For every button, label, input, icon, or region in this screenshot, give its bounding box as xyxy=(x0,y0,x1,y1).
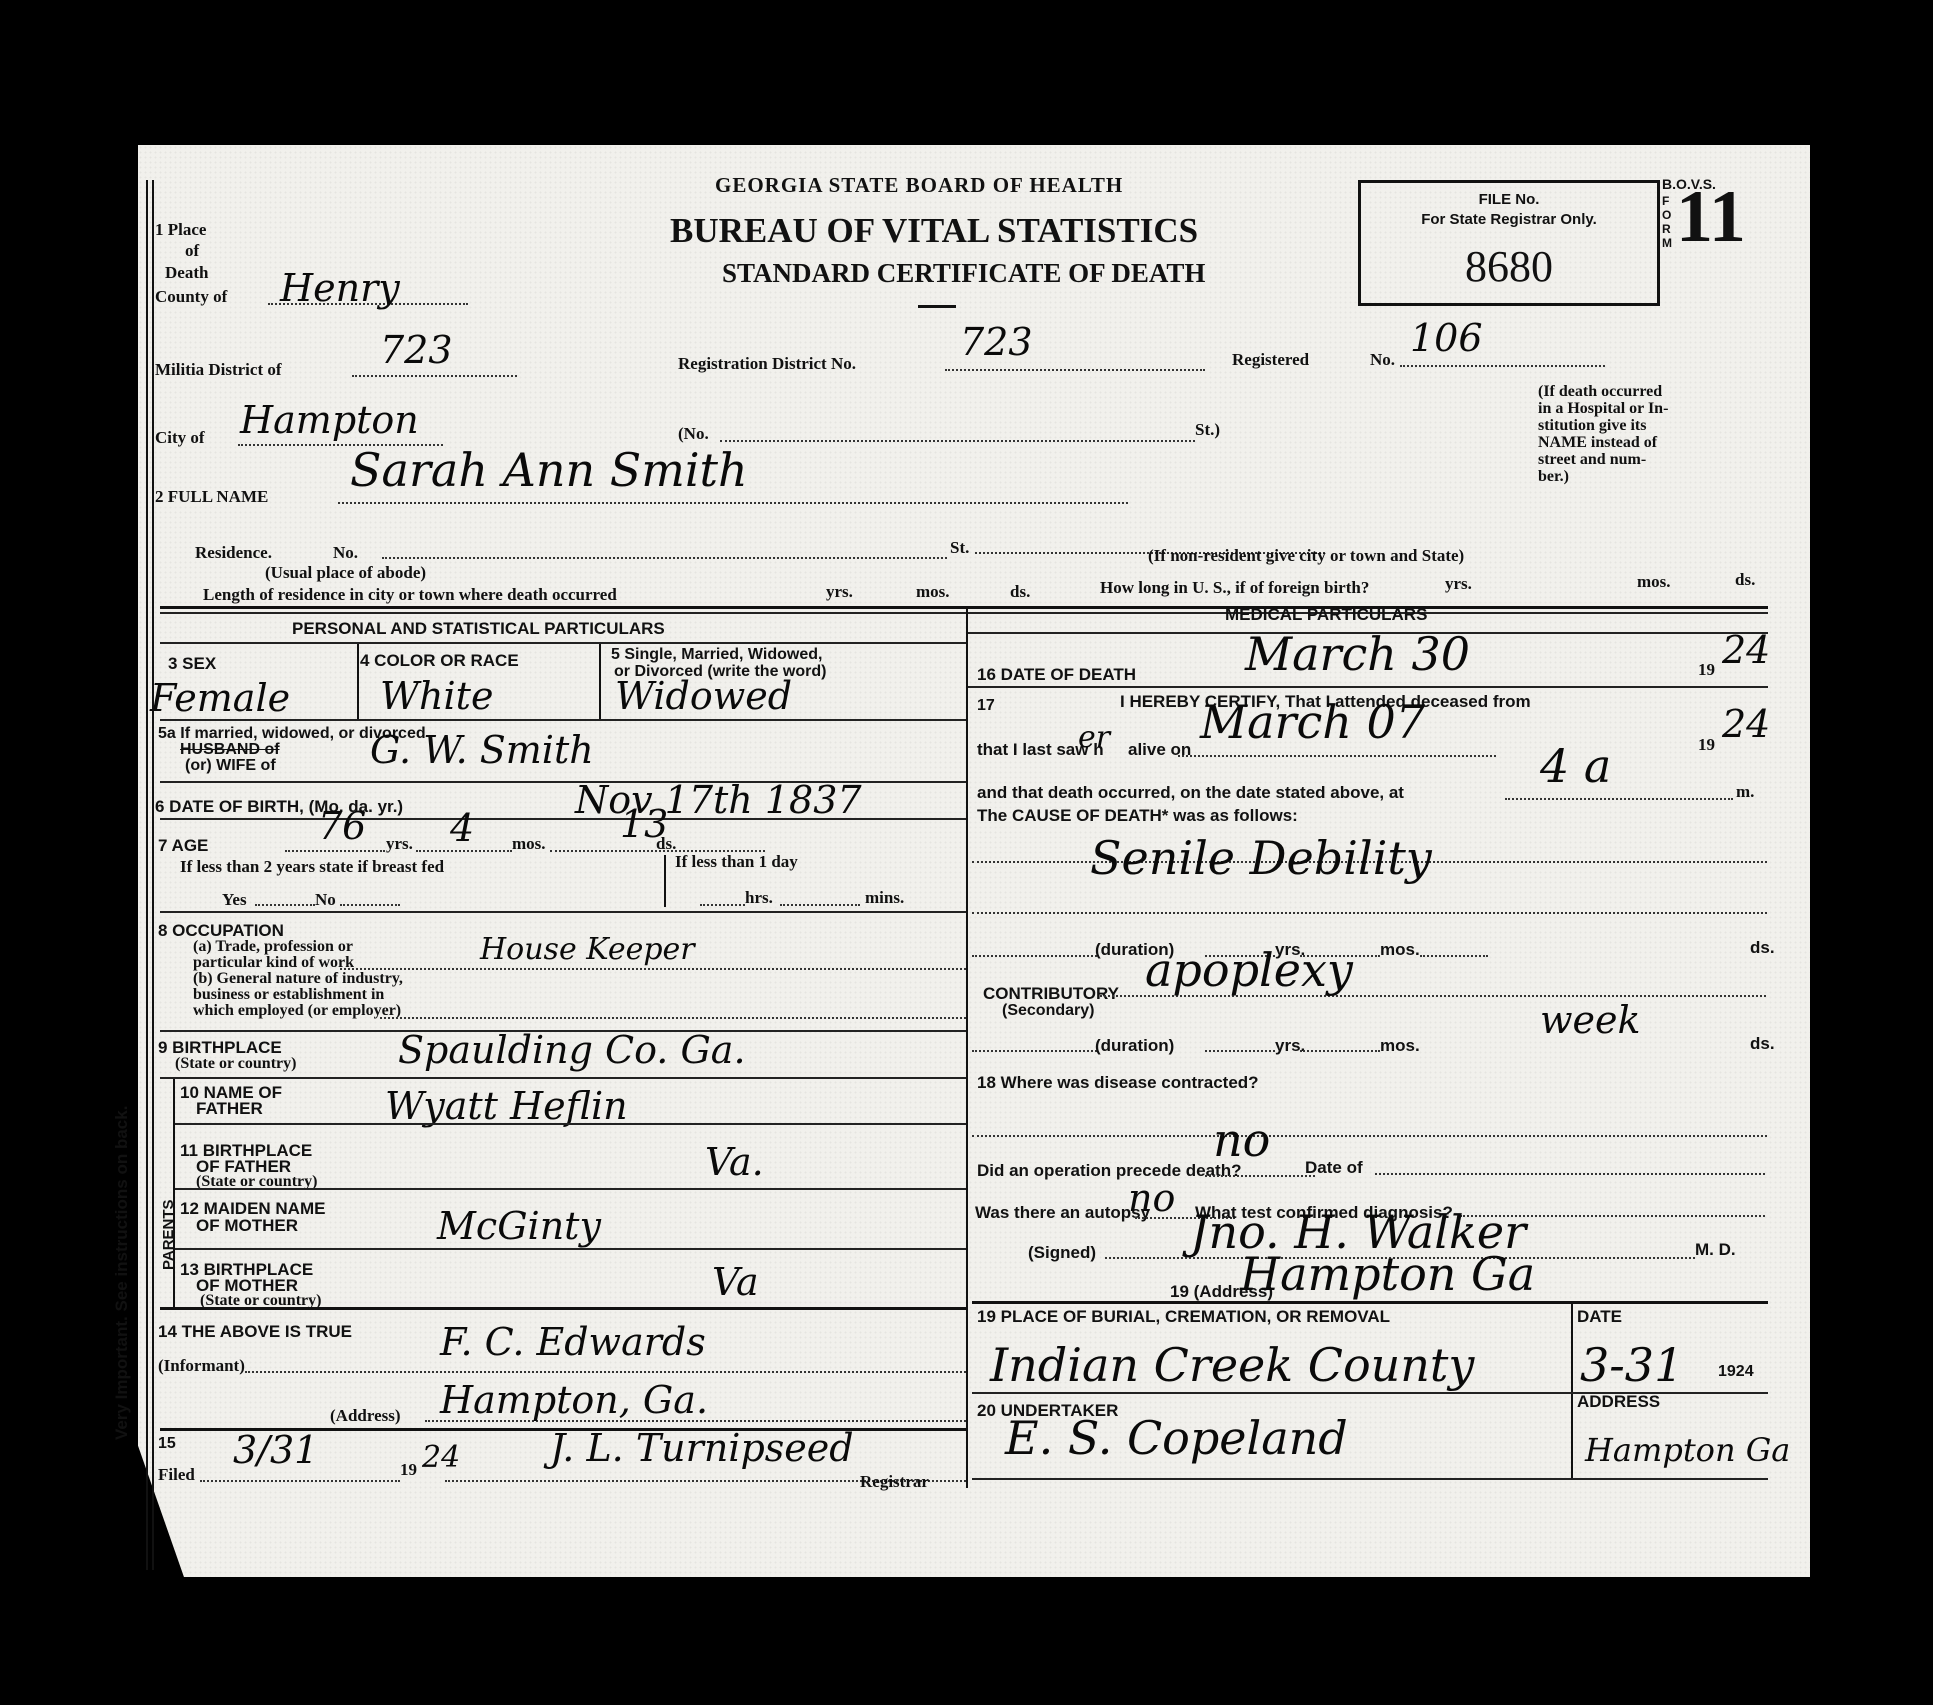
parents-label: PARENTS xyxy=(160,1199,177,1270)
signed-label: (Signed) xyxy=(1028,1243,1096,1262)
county-value: Henry xyxy=(280,268,400,308)
left-border-outer xyxy=(146,180,148,1570)
physician-signature: Jno. H. Walker xyxy=(1190,1212,1526,1252)
contracted-label: 18 Where was disease contracted? xyxy=(977,1073,1259,1092)
marital-label-1: 5 Single, Married, Widowed, xyxy=(611,646,822,663)
sex-value: Female xyxy=(150,678,290,718)
age-months: 4 xyxy=(450,808,474,848)
sex-label: 3 SEX xyxy=(168,654,216,673)
undertaker-value: E. S. Copeland xyxy=(1005,1418,1348,1458)
registrar-label: Registrar xyxy=(860,1472,929,1491)
age-years: 76 xyxy=(318,806,366,846)
operation-value: no xyxy=(1213,1120,1270,1160)
place-label-1: 1 Place xyxy=(155,220,206,239)
margin-note: Very Important. See instructions on back… xyxy=(112,1106,132,1440)
dod-label: 16 DATE OF DEATH xyxy=(977,665,1136,684)
burial-place-value: Indian Creek County xyxy=(990,1345,1474,1385)
marital-value: Widowed xyxy=(615,676,792,716)
father-birthplace-value: Va. xyxy=(705,1142,764,1182)
mother-birthplace-value: Va xyxy=(712,1262,759,1302)
occurred-time: 4 a xyxy=(1540,746,1611,786)
registered-label: Registered xyxy=(1232,350,1309,369)
operation-label: Did an operation precede death? xyxy=(977,1161,1242,1180)
registered-no-label: No. xyxy=(1370,350,1395,369)
autopsy-value: no xyxy=(1128,1178,1175,1218)
medical-section-title: MEDICAL PARTICULARS xyxy=(1225,605,1427,624)
county-label: County of xyxy=(155,287,227,306)
personal-section-title: PERSONAL AND STATISTICAL PARTICULARS xyxy=(292,619,665,638)
residence-no-label: No. xyxy=(333,543,358,562)
street-no-label: (No. xyxy=(678,424,709,443)
above-true-label: 14 THE ABOVE IS TRUE xyxy=(158,1322,352,1341)
informant-value: F. C. Edwards xyxy=(440,1322,706,1362)
spouse-label-3: (or) WIFE of xyxy=(185,757,276,774)
informant-label: (Informant) xyxy=(158,1356,245,1375)
occurred-label: and that death occurred, on the date sta… xyxy=(977,783,1404,802)
burial-year: 1924 xyxy=(1718,1363,1754,1380)
race-label: 4 COLOR OR RACE xyxy=(360,651,519,670)
physician-address-value: Hampton Ga xyxy=(1240,1254,1535,1294)
file-registrar-label: For State Registrar Only. xyxy=(1361,211,1657,228)
full-name-label: 2 FULL NAME xyxy=(155,487,268,506)
left-border-inner xyxy=(152,180,154,1570)
bureau-title: BUREAU OF VITAL STATISTICS xyxy=(670,212,1198,250)
militia-label: Militia District of xyxy=(155,360,282,379)
registered-value: 106 xyxy=(1410,318,1483,358)
cause-value: Senile Debility xyxy=(1090,838,1432,878)
hospital-note: (If death occurred in a Hospital or In- … xyxy=(1538,383,1768,485)
street-st-label: St.) xyxy=(1195,420,1220,439)
board-title: GEORGIA STATE BOARD OF HEALTH xyxy=(715,176,1123,195)
foreign-birth-label: How long in U. S., if of foreign birth? xyxy=(1100,578,1369,597)
reg-district-label: Registration District No. xyxy=(678,354,856,373)
dod-value: March 30 xyxy=(1245,634,1470,674)
last-saw-pronoun: er xyxy=(1078,718,1110,758)
filed-year: 24 xyxy=(422,1438,460,1478)
undertaker-address-value: Hampton Ga xyxy=(1585,1430,1790,1470)
last-saw-value: March 07 xyxy=(1200,702,1425,742)
spouse-value: G. W. Smith xyxy=(370,730,594,770)
place-label-2: of xyxy=(185,241,199,260)
city-value: Hampton xyxy=(240,400,419,440)
filed-date: 3/31 xyxy=(233,1430,318,1470)
informant-address-label: (Address) xyxy=(330,1406,401,1425)
dod-year: 24 xyxy=(1722,630,1770,670)
file-no-label: FILE No. xyxy=(1361,191,1657,208)
filed-label: Filed xyxy=(158,1465,195,1484)
file-number-box: FILE No. For State Registrar Only. 8680 xyxy=(1358,180,1660,306)
less-day-label: If less than 1 day xyxy=(675,852,798,871)
breast-fed-label: If less than 2 years state if breast fed xyxy=(180,857,444,876)
form-title: STANDARD CERTIFICATE OF DEATH xyxy=(722,258,1205,288)
nonresident-note: (If non-resident give city or town and S… xyxy=(1148,546,1464,565)
spouse-label-2: HUSBAND of xyxy=(180,741,280,758)
contributory-label: CONTRIBUTORY xyxy=(983,984,1119,1003)
burial-label: 19 PLACE OF BURIAL, CREMATION, OR REMOVA… xyxy=(977,1307,1390,1326)
full-name-value: Sarah Ann Smith xyxy=(350,450,748,490)
residence-st-label: St. xyxy=(950,538,969,557)
place-label-3: Death xyxy=(165,263,208,282)
mother-name-value: McGinty xyxy=(437,1206,601,1246)
form-number: 11 xyxy=(1676,180,1746,254)
abode-note: (Usual place of abode) xyxy=(265,563,426,582)
residence-label: Residence. xyxy=(195,543,272,562)
file-number: 8680 xyxy=(1361,241,1657,292)
age-label: 7 AGE xyxy=(158,836,208,855)
city-label: City of xyxy=(155,428,205,447)
militia-value: 723 xyxy=(380,330,453,370)
birthplace-value: Spaulding Co. Ga. xyxy=(398,1030,746,1070)
contributory-value: apoplexy xyxy=(1145,950,1353,990)
father-name-value: Wyatt Heflin xyxy=(385,1086,628,1126)
informant-address-value: Hampton, Ga. xyxy=(440,1380,708,1420)
length-residence-label: Length of residence in city or town wher… xyxy=(203,585,617,604)
race-value: White xyxy=(380,676,493,716)
column-divider xyxy=(966,608,968,1488)
last-saw-year: 24 xyxy=(1722,704,1770,744)
contributory-sub: (Secondary) xyxy=(1002,1002,1094,1019)
occupation-value: House Keeper xyxy=(480,930,695,970)
form-word: FORM xyxy=(1662,194,1672,250)
undertaker-address-label: ADDRESS xyxy=(1577,1392,1660,1411)
dob-value: Nov 17th 1837 xyxy=(575,780,862,820)
burial-date-value: 3-31 xyxy=(1580,1345,1683,1385)
cause-label: The CAUSE OF DEATH* was as follows: xyxy=(977,806,1298,825)
title-rule xyxy=(918,305,956,308)
contributory-duration: week xyxy=(1540,1000,1641,1040)
registrar-signature: J. L. Turnipseed xyxy=(550,1428,854,1468)
reg-district-value: 723 xyxy=(960,322,1033,362)
md-label: M. D. xyxy=(1695,1240,1736,1259)
burial-date-label: DATE xyxy=(1577,1307,1622,1326)
autopsy-label: Was there an autopsy xyxy=(975,1203,1150,1222)
